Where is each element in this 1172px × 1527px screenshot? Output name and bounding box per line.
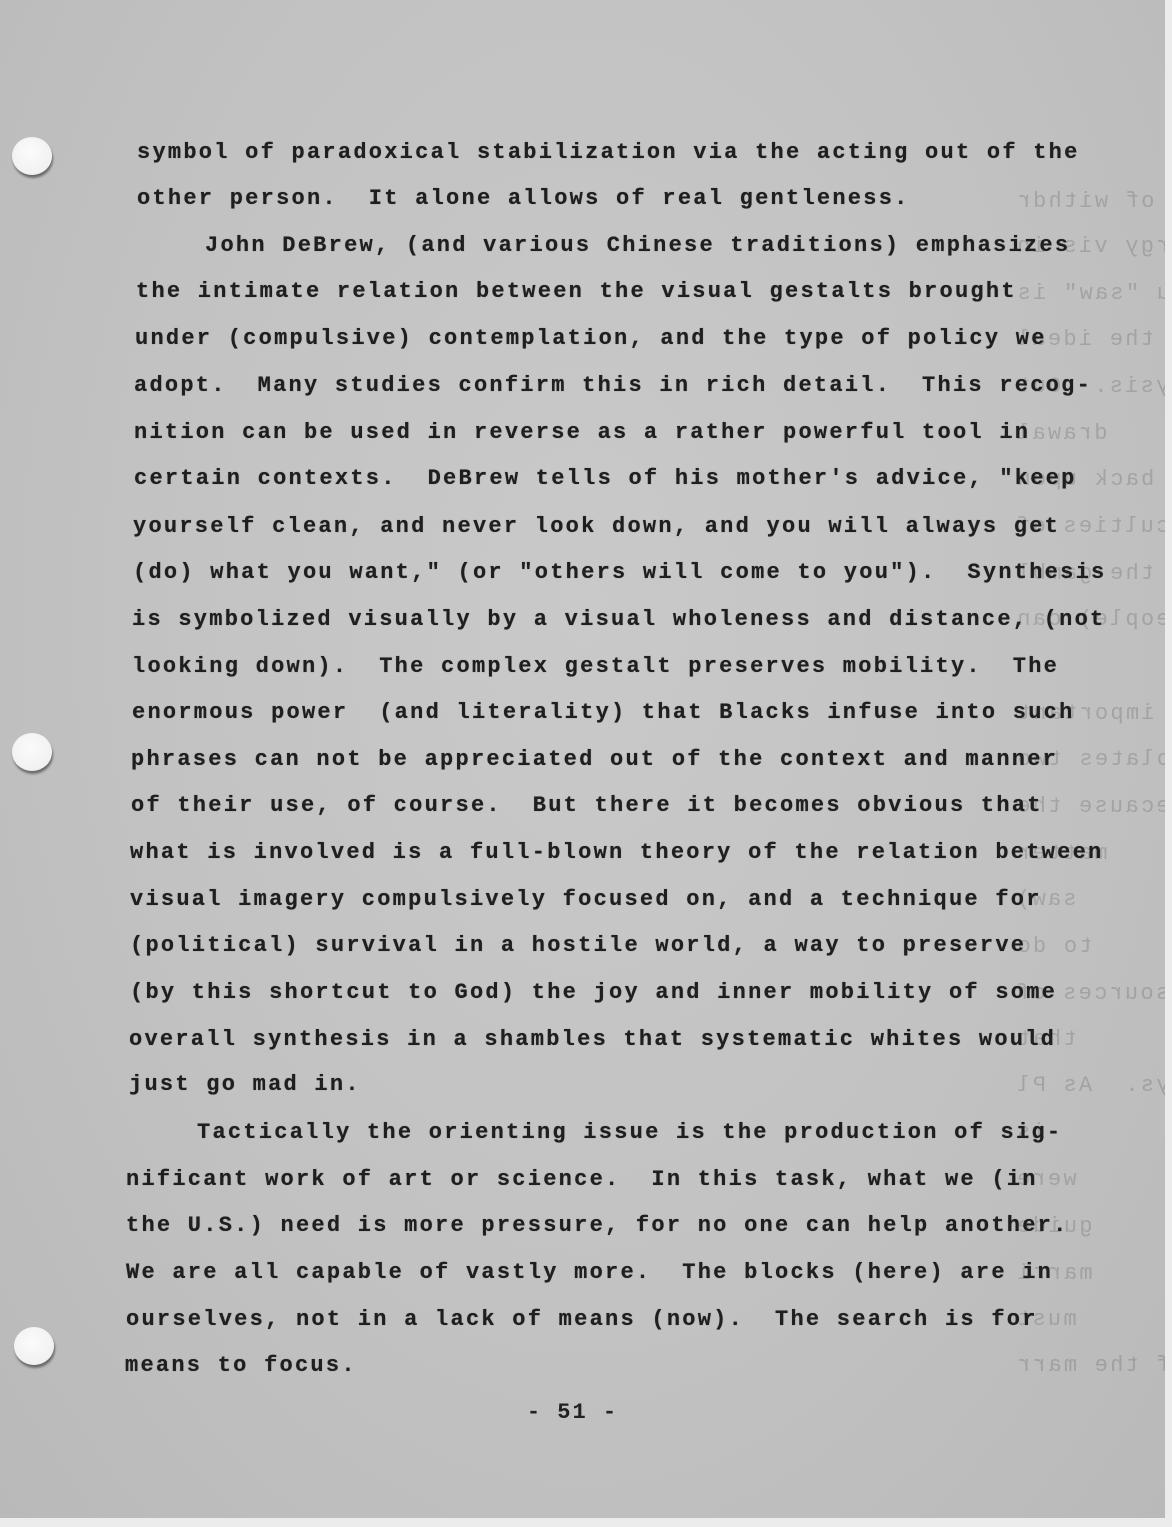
text-line: John DeBrew, (and various Chinese tradit… bbox=[205, 232, 1070, 260]
text-line: (political) survival in a hostile world,… bbox=[130, 932, 1026, 960]
text-line: nition can be used in reverse as a rathe… bbox=[134, 419, 1030, 447]
text-line: (by this shortcut to God) the joy and in… bbox=[130, 979, 1057, 1007]
document-page: role of withdr energy vis in you "saw" i… bbox=[0, 0, 1165, 1518]
text-line: Tactically the orienting issue is the pr… bbox=[197, 1119, 1062, 1147]
page-number: - 51 - bbox=[525, 1400, 620, 1425]
text-line: symbol of paradoxical stabilization via … bbox=[137, 139, 1080, 167]
text-line: adopt. Many studies confirm this in rich… bbox=[134, 372, 1092, 400]
text-line: the U.S.) need is more pressure, for no … bbox=[126, 1212, 1069, 1240]
text-line: certain contexts. DeBrew tells of his mo… bbox=[134, 465, 1077, 493]
text-line: ourselves, not in a lack of means (now).… bbox=[126, 1306, 1038, 1334]
text-line: just go mad in. bbox=[129, 1071, 361, 1099]
text-line: under (compulsive) contemplation, and th… bbox=[135, 325, 1047, 353]
text-line: means to focus. bbox=[125, 1352, 357, 1380]
text-line: of their use, of course. But there it be… bbox=[131, 792, 1043, 820]
text-line: other person. It alone allows of real ge… bbox=[137, 185, 910, 213]
scan-margin-bottom bbox=[0, 1518, 1172, 1527]
text-line: what is involved is a full-blown theory … bbox=[130, 839, 1104, 867]
bleed-through-text: to do bbox=[1015, 933, 1092, 961]
text-line: overall synthesis in a shambles that sys… bbox=[129, 1026, 1056, 1054]
bleed-through-text: role of withdr bbox=[1015, 188, 1172, 216]
punch-hole-top bbox=[12, 137, 52, 175]
text-line: We are all capable of vastly more. The b… bbox=[126, 1259, 1053, 1287]
text-line: yourself clean, and never look down, and… bbox=[133, 513, 1060, 541]
bleed-through-text: you "saw" is bbox=[1015, 280, 1172, 308]
punch-hole-middle bbox=[12, 733, 52, 771]
text-line: enormous power (and literality) that Bla… bbox=[132, 699, 1075, 727]
text-line: (do) what you want," (or "others will co… bbox=[133, 559, 1107, 587]
text-line: nificant work of art or science. In this… bbox=[126, 1166, 1038, 1194]
bleed-through-text: Love is a withdrawal in several ways. As… bbox=[1015, 1072, 1172, 1100]
text-line: visual imagery compulsively focused on, … bbox=[130, 886, 1042, 914]
bleed-through-text: of old tasks is sexually the collapse of… bbox=[1015, 1352, 1172, 1380]
scan-margin-right bbox=[1165, 0, 1172, 1527]
text-line: phrases can not be appreciated out of th… bbox=[131, 746, 1058, 774]
text-line: the intimate relation between the visual… bbox=[136, 278, 1017, 306]
text-line: looking down). The complex gestalt prese… bbox=[132, 653, 1059, 681]
punch-hole-bottom bbox=[14, 1327, 54, 1365]
text-line: is symbolized visually by a visual whole… bbox=[132, 606, 1106, 634]
